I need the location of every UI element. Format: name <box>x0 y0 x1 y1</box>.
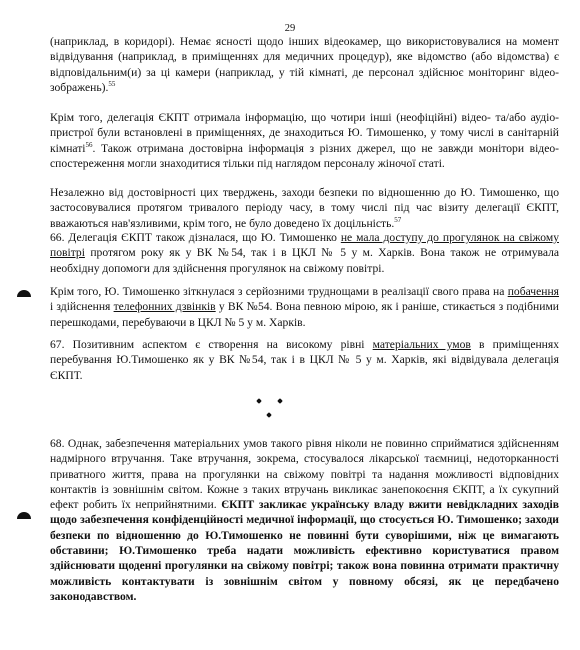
paragraph-visits-calls: Крім того, Ю. Тимошенко зіткнулася з сер… <box>50 284 559 330</box>
paragraph-security-measures: Незалежно від достовірності цих тверджен… <box>50 185 559 231</box>
paragraph-text: 67. Позитивним аспектом є створення на в… <box>50 338 373 351</box>
asterisk-icon <box>277 398 283 404</box>
asterisk-icon <box>256 398 262 404</box>
paragraph-68: 68. Однак, забезпечення матеріальних умо… <box>50 436 559 604</box>
underlined-phrase: матеріальних умов <box>373 338 471 351</box>
page-number: 29 <box>0 23 580 34</box>
paragraph-text: Незалежно від достовірності цих тверджен… <box>50 186 559 230</box>
paragraph-continuation: (наприклад, в коридорі). Немає ясності щ… <box>50 34 559 95</box>
paragraph-66: 66. Делегація ЄКПТ також дізналася, що Ю… <box>50 230 559 276</box>
paragraph-text: і здійснення <box>50 300 114 313</box>
margin-mark-icon <box>17 290 31 297</box>
paragraph-text: 66. Делегація ЄКПТ також дізналася, що Ю… <box>50 231 341 244</box>
underlined-phrase: побачення <box>508 285 559 298</box>
paragraph-unofficial-devices: Крім того, делегація ЄКПТ отримала інфор… <box>50 110 559 171</box>
paragraph-text: . Також отримана достовірна інформація з… <box>50 142 559 170</box>
margin-mark-icon <box>17 512 31 519</box>
underlined-phrase: телефонних дзвінків <box>114 300 216 313</box>
paragraph-text: протягом року як у ВК №54, так і в ЦКЛ №… <box>50 246 559 274</box>
footnote-ref-57[interactable]: 57 <box>394 216 401 224</box>
asterisk-icon <box>266 412 272 418</box>
paragraph-text: Крім того, Ю. Тимошенко зіткнулася з сер… <box>50 285 508 298</box>
paragraph-text: (наприклад, в коридорі). Немає ясності щ… <box>50 35 559 94</box>
footnote-ref-56[interactable]: 56 <box>86 141 93 149</box>
paragraph-67: 67. Позитивним аспектом є створення на в… <box>50 337 559 383</box>
footnote-ref-55[interactable]: 55 <box>108 80 115 88</box>
recommendation-text: ЄКПТ закликає українську владу вжити нев… <box>50 498 559 603</box>
